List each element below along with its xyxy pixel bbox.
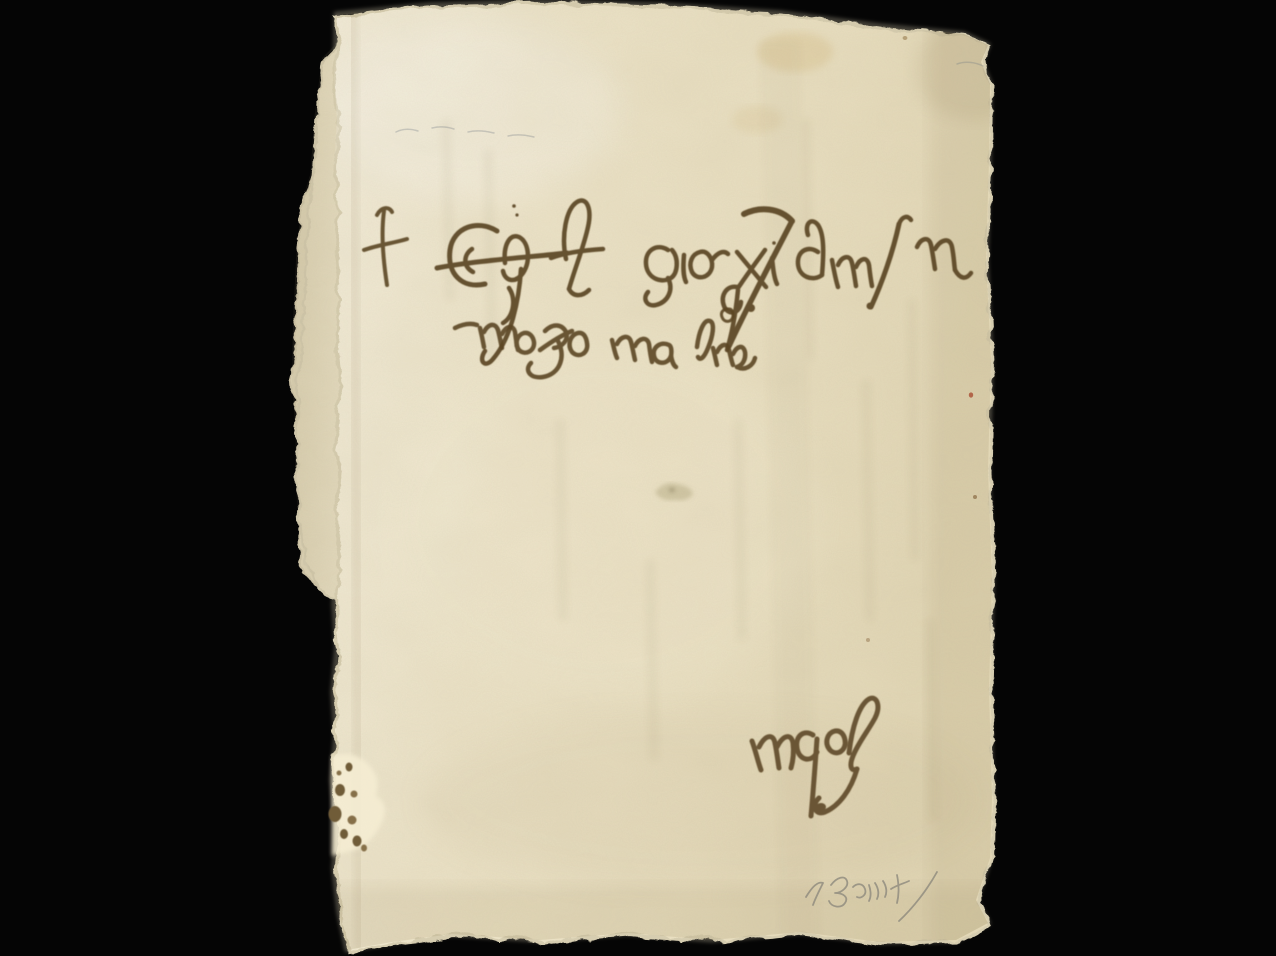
paper-grain [285, 0, 1005, 956]
photo-stage: + Egra di gro xij dno ſm mo gro malgi° m… [0, 0, 1276, 956]
letter-photo [0, 0, 1276, 956]
